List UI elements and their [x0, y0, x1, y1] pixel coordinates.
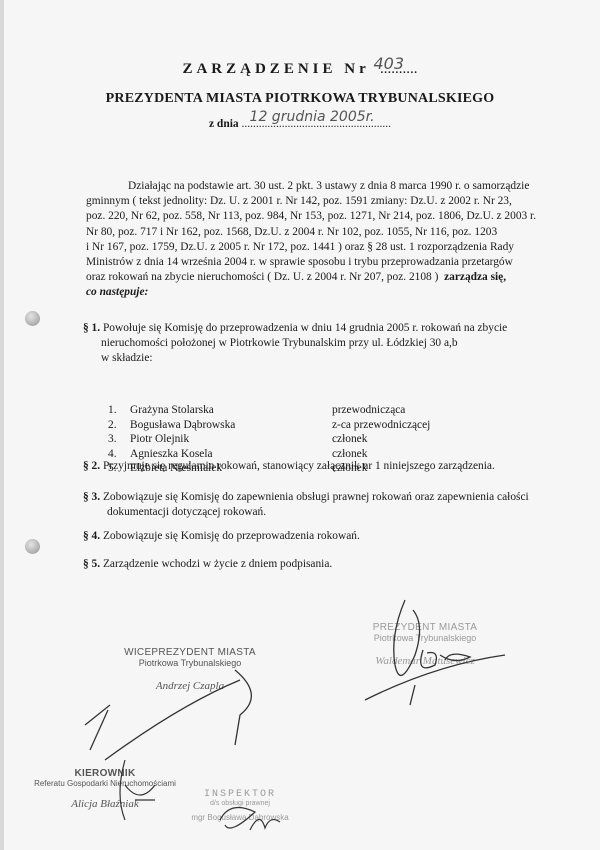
preamble-bold: zarządza się,: [444, 271, 506, 283]
section-text: Zobowiązuje się Komisję do zapewnienia o…: [103, 491, 529, 503]
committee-row: 1.Grażyna Stolarskaprzewodnicząca: [108, 403, 430, 418]
preamble: Działając na podstawie art. 30 ust. 2 pk…: [86, 179, 582, 301]
document-date: z dnia .................................…: [0, 118, 600, 130]
section-2: § 2. Przyjmuje się regulamin rokowań, st…: [83, 459, 495, 474]
member-number: 3.: [108, 432, 130, 447]
committee-row: 2.Bogusława Dąbrowskaz-ca przewodniczące…: [108, 418, 430, 433]
section-text: dokumentacji dotyczącej rokowań.: [83, 505, 529, 520]
date-field: ........................................…: [242, 118, 392, 130]
section-text: nieruchomości położonej w Piotrkowie Try…: [83, 336, 507, 351]
section-mark: § 5.: [83, 558, 100, 570]
member-name: Piotr Olejnik: [130, 432, 332, 447]
section-mark: § 2.: [83, 460, 100, 472]
preamble-line: Działając na podstawie art. 30 ust. 2 pk…: [86, 179, 582, 194]
preamble-line: poz. 220, Nr 62, poz. 558, Nr 113, poz. …: [86, 209, 582, 224]
member-number: 2.: [108, 418, 130, 433]
committee-row: 3.Piotr Olejnikczłonek: [108, 432, 430, 447]
section-text: Zarządzenie wchodzi w życie z dniem podp…: [103, 558, 332, 570]
document-title: ZARZĄDZENIE Nr 403..........: [0, 58, 600, 78]
signature-vice-president: [80, 665, 280, 765]
section-1: § 1. Powołuje się Komisję do przeprowadz…: [83, 321, 507, 367]
signature-head: [95, 755, 165, 830]
member-name: Bogusława Dąbrowska: [130, 418, 332, 433]
date-label: z dnia: [209, 118, 239, 130]
section-text: Powołuje się Komisję do przeprowadzenia …: [103, 322, 507, 334]
preamble-line: Ministrów z dnia 14 września 2004 r. w s…: [86, 255, 582, 270]
section-5: § 5. Zarządzenie wchodzi w życie z dniem…: [83, 557, 332, 572]
preamble-line-last: oraz rokowań na zbycie nieruchomości ( D…: [86, 270, 582, 285]
signature-inspector: [210, 800, 290, 840]
preamble-line: oraz rokowań na zbycie nieruchomości ( D…: [86, 271, 438, 283]
section-4: § 4. Zobowiązuje się Komisję do przeprow…: [83, 529, 360, 544]
member-name: Grażyna Stolarska: [130, 403, 332, 418]
preamble-closing: co następuje:: [86, 286, 148, 298]
document-subtitle: PREZYDENTA MIASTA PIOTRKOWA TRYBUNALSKIE…: [0, 91, 600, 107]
preamble-line: i Nr 167, poz. 1759, Dz.U. z 2005 r. Nr …: [86, 240, 582, 255]
section-text: Zobowiązuje się Komisję do przeprowadzen…: [103, 530, 360, 542]
section-text: Przyjmuje się regulamin rokowań, stanowi…: [103, 460, 495, 472]
stamp-title: INSPEKTOR: [185, 789, 295, 800]
section-text: w składzie:: [83, 351, 507, 366]
signature-president: [345, 595, 545, 705]
stamp-title: WICEPREZYDENT MIASTA: [100, 647, 280, 658]
preamble-line: Nr 80, poz. 717 i Nr 162, poz. 1568, Dz.…: [86, 225, 582, 240]
handwritten-date: 12 grudnia 2005r.: [250, 109, 375, 125]
member-role: z-ca przewodniczącej: [332, 418, 430, 433]
hole-punch-top: [25, 311, 40, 326]
member-role: członek: [332, 432, 367, 447]
section-mark: § 1.: [83, 322, 100, 334]
member-number: 1.: [108, 403, 130, 418]
section-mark: § 4.: [83, 530, 100, 542]
handwritten-number: 403: [373, 54, 404, 73]
section-3: § 3. Zobowiązuje się Komisję do zapewnie…: [83, 490, 529, 520]
section-mark: § 3.: [83, 491, 100, 503]
title-text: ZARZĄDZENIE Nr: [182, 61, 369, 77]
preamble-line: gminnym ( tekst jednolity: Dz. U. z 2001…: [86, 194, 582, 209]
member-role: przewodnicząca: [332, 403, 405, 418]
hole-punch-bottom: [25, 539, 40, 554]
